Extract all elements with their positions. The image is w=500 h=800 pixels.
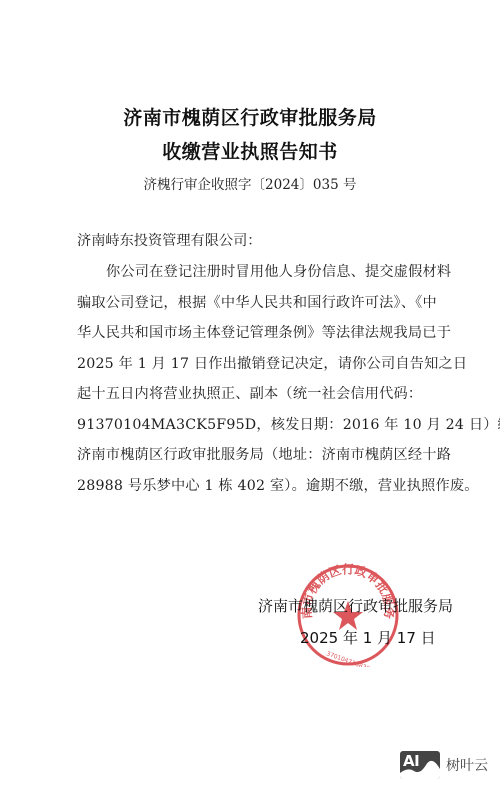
ai-logo-icon: AI	[400, 751, 440, 779]
paragraph-line: 2025 年 1 月 17 日作出撤销登记决定，请你公司自告知之日	[77, 349, 437, 380]
paragraph-line: 起十五日内将营业执照正、副本（统一社会信用代码：	[77, 379, 437, 410]
paragraph-line: 济南市槐荫区行政审批服务局（地址：济南市槐荫区经十路	[77, 440, 437, 471]
watermark-label: 树叶云	[446, 755, 488, 775]
paragraph-line: 你公司在登记注册时冒用他人身份信息、提交虚假材料	[77, 257, 437, 288]
paragraph-line: 91370104MA3CK5F95D，核发日期：2016 年 10 月 24 日…	[77, 410, 437, 441]
paragraph-line: 骗取公司登记，根据《中华人民共和国行政许可法》、《中	[77, 288, 437, 319]
title-issuer: 济南市槐荫区行政审批服务局	[0, 103, 500, 130]
watermark: AI 树叶云	[400, 750, 488, 780]
document-number: 济槐行审企收照字〔2024〕035 号	[0, 173, 500, 193]
signature-date: 2025 年 1 月 17 日	[300, 627, 436, 648]
paragraph-line: 28988 号乐梦中心 1 栋 402 室）。逾期不缴，营业执照作废。	[77, 471, 437, 502]
title-notice: 收缴营业执照告知书	[0, 137, 500, 164]
signature-organization: 济南市槐荫区行政审批服务局	[258, 595, 453, 616]
paragraph-line: 华人民共和国市场主体登记管理条例》等法律法规我局已于	[77, 318, 437, 349]
salutation: 济南峙东投资管理有限公司：	[77, 226, 437, 257]
notice-paragraph: 你公司在登记注册时冒用他人身份信息、提交虚假材料 骗取公司登记，根据《中华人民共…	[77, 257, 437, 501]
